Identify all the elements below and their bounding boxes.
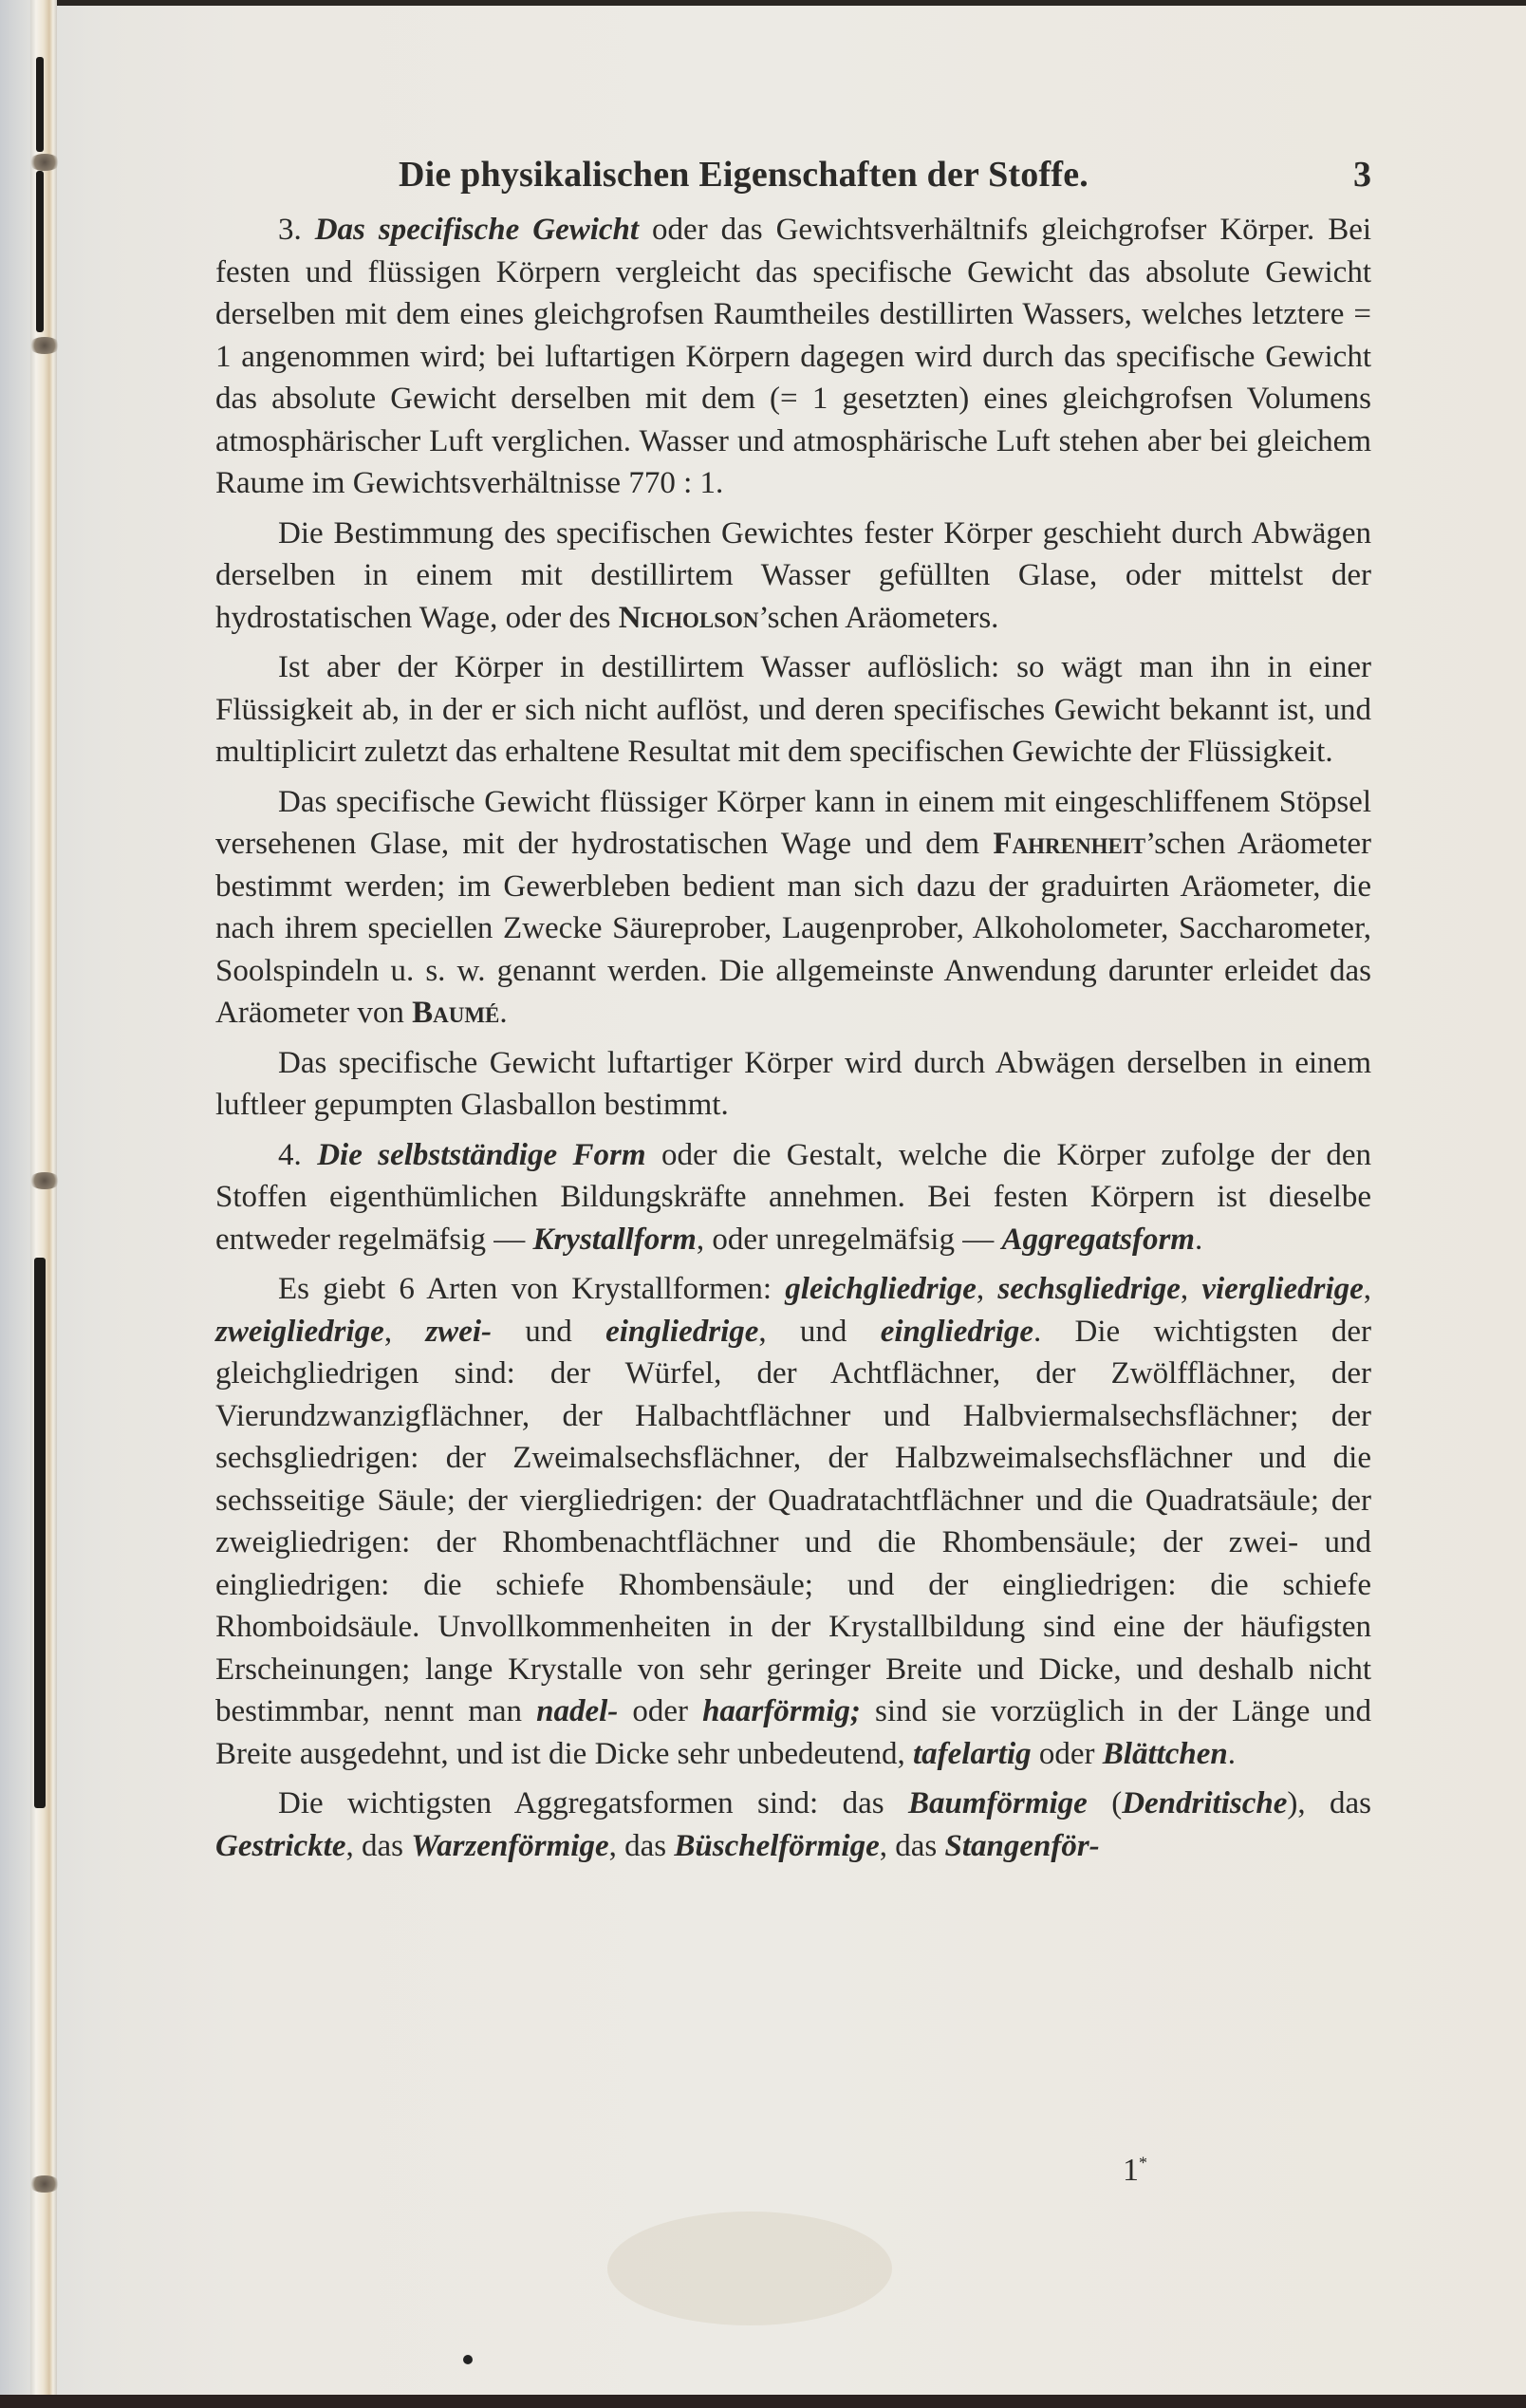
binding-stitch-icon bbox=[28, 154, 61, 171]
emphasis-term: Warzenförmige bbox=[411, 1829, 608, 1863]
proper-name: Fahrenheit bbox=[993, 827, 1145, 861]
text-run: oder bbox=[1032, 1737, 1103, 1771]
text-run: Ist aber der Körper in destillirtem Wass… bbox=[215, 650, 1371, 769]
text-run: . bbox=[1195, 1223, 1202, 1257]
text-run: , und bbox=[758, 1315, 880, 1349]
emphasis-term: Büschelförmige bbox=[674, 1829, 879, 1863]
emphasis-term: zwei- bbox=[425, 1315, 492, 1349]
spine-gap bbox=[36, 171, 44, 332]
binding-stitch-icon bbox=[28, 337, 61, 354]
text-run: oder das Gewichtsverhältnifs gleichgrofs… bbox=[215, 213, 1371, 500]
text-run: , oder unregelmäfsig — bbox=[697, 1223, 1002, 1257]
emphasis-term: eingliedrige bbox=[605, 1315, 758, 1349]
emphasis-term: Baumförmige bbox=[908, 1786, 1088, 1820]
emphasis-term: sechsgliedrige bbox=[997, 1272, 1180, 1306]
paragraph: 3. Das specifische Gewicht oder das Gewi… bbox=[215, 209, 1371, 505]
emphasis-term: Aggregatsform bbox=[1001, 1223, 1195, 1257]
text-run: , das bbox=[345, 1829, 411, 1863]
text-run: ), das bbox=[1287, 1786, 1371, 1820]
text-run: ( bbox=[1088, 1786, 1122, 1820]
book-spine-binding bbox=[30, 0, 57, 2401]
text-run: oder bbox=[618, 1694, 702, 1728]
emphasis-term: haarförmig; bbox=[702, 1694, 861, 1728]
emphasis-term: Die selbstständige Form bbox=[317, 1138, 645, 1172]
paragraph: Es giebt 6 Arten von Krystallformen: gle… bbox=[215, 1268, 1371, 1775]
emphasis-term: Das specifische Gewicht bbox=[315, 213, 639, 247]
paragraph: Das specifische Gewicht flüssiger Körper… bbox=[215, 781, 1371, 1035]
text-run: Es giebt 6 Arten von Krystallformen: bbox=[278, 1272, 785, 1306]
text-run: 4. bbox=[278, 1138, 317, 1172]
emphasis-term: tafelartig bbox=[913, 1737, 1032, 1771]
emphasis-term: gleichgliedrige bbox=[785, 1272, 977, 1306]
emphasis-term: Krystallform bbox=[532, 1223, 696, 1257]
emphasis-term: Blättchen bbox=[1103, 1737, 1228, 1771]
page-bottom-edge bbox=[0, 2395, 1526, 2408]
page-body: Die physikalischen Eigenschaften der Sto… bbox=[215, 142, 1371, 1867]
running-title: Die physikalischen Eigenschaften der Sto… bbox=[399, 154, 1089, 196]
emphasis-term: zweigliedrige bbox=[215, 1315, 384, 1349]
paragraph: Das specifische Gewicht luftartiger Körp… bbox=[215, 1042, 1371, 1127]
text-run: und bbox=[492, 1315, 605, 1349]
paragraph: Die Bestimmung des specifischen Gewichte… bbox=[215, 513, 1371, 640]
proper-name: Baumé bbox=[412, 996, 499, 1030]
signature-mark: 1* bbox=[1123, 2153, 1147, 2189]
text-run: , bbox=[977, 1272, 997, 1306]
emphasis-term: Gestrickte bbox=[215, 1829, 345, 1863]
text-run: Die wichtigsten Aggregatsformen sind: da… bbox=[278, 1786, 908, 1820]
text-run: , das bbox=[880, 1829, 945, 1863]
paragraph: Ist aber der Körper in destillirtem Wass… bbox=[215, 646, 1371, 774]
page-number: 3 bbox=[1353, 154, 1371, 196]
paragraphs: 3. Das specifische Gewicht oder das Gewi… bbox=[215, 209, 1371, 1867]
emphasis-term: nadel- bbox=[536, 1694, 618, 1728]
text-run: 3. bbox=[278, 213, 315, 247]
emphasis-term: eingliedrige bbox=[881, 1315, 1033, 1349]
binding-stitch-icon bbox=[28, 1172, 61, 1189]
paper-stain bbox=[607, 2212, 892, 2325]
text-run: , bbox=[1364, 1272, 1371, 1306]
text-run: . bbox=[499, 996, 507, 1030]
text-run: , bbox=[1181, 1272, 1201, 1306]
text-run: . bbox=[1228, 1737, 1236, 1771]
scanned-book-page: Die physikalischen Eigenschaften der Sto… bbox=[0, 0, 1526, 2408]
running-head: Die physikalischen Eigenschaften der Sto… bbox=[215, 142, 1371, 199]
text-run: . Die wichtigsten der gleichgliedrigen s… bbox=[215, 1315, 1371, 1729]
spine-gap bbox=[34, 1258, 46, 1808]
text-run: , das bbox=[609, 1829, 675, 1863]
text-run: , bbox=[384, 1315, 426, 1349]
text-run: Das specifische Gewicht luftartiger Körp… bbox=[215, 1046, 1371, 1123]
proper-name: Nicholson bbox=[619, 601, 759, 635]
spine-gap bbox=[36, 57, 44, 152]
paragraph: 4. Die selbstständige Form oder die Gest… bbox=[215, 1134, 1371, 1261]
emphasis-term: viergliedrige bbox=[1201, 1272, 1363, 1306]
emphasis-term: Stangenför- bbox=[944, 1829, 1099, 1863]
binding-stitch-icon bbox=[28, 2175, 61, 2193]
text-run: ’schen Aräometers. bbox=[759, 601, 999, 635]
emphasis-term: Dendritische bbox=[1122, 1786, 1287, 1820]
paragraph: Die wichtigsten Aggregatsformen sind: da… bbox=[215, 1783, 1371, 1867]
ink-dot bbox=[463, 2355, 473, 2364]
page-top-edge bbox=[38, 0, 1526, 6]
